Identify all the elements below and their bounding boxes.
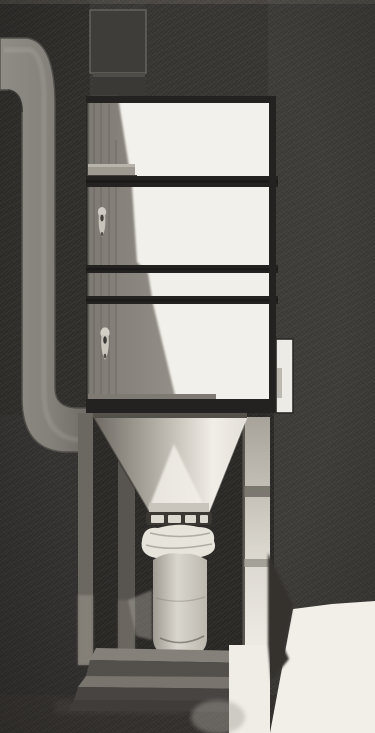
artwork-canvas bbox=[0, 0, 375, 733]
ledge-molding bbox=[88, 164, 137, 178]
pool-corner-shading bbox=[191, 700, 245, 733]
charcoal-drawing bbox=[0, 0, 375, 733]
lit-rear-leg bbox=[243, 417, 271, 657]
leg-shadow-band-2 bbox=[244, 559, 270, 567]
bottom-band bbox=[86, 399, 276, 413]
strapped-cloth-collar bbox=[142, 503, 216, 561]
leg-shadow-band-1 bbox=[244, 486, 270, 497]
cabinet-top-box bbox=[90, 10, 146, 98]
right-edge bbox=[269, 96, 276, 413]
side-tab bbox=[276, 339, 293, 413]
top-rail bbox=[86, 96, 276, 103]
